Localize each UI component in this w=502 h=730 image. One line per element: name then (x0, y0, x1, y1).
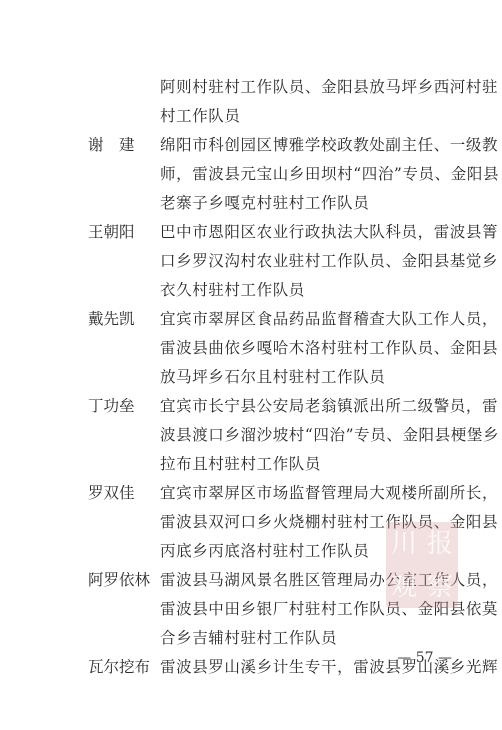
personnel-entry: 戴先凯 宜宾市翠屏区食品药品监督稽查大队工作人员， 雷波县曲依乡嘎哈木洛村驻村工… (88, 305, 468, 392)
text-line: 村工作队员 (160, 102, 498, 131)
text-line: 师，雷波县元宝山乡田坝村“四治”专员、金阳县 (160, 160, 499, 189)
page-number-text: — 57 — (397, 650, 452, 666)
entry-name: 谢 建 (88, 131, 160, 218)
entry-name: 罗双佳 (88, 479, 160, 566)
text-line: 老寨子乡嘎克村驻村工作队员 (160, 189, 499, 218)
text-line: 衣久村驻村工作队员 (160, 276, 498, 305)
text-line: 巴中市恩阳区农业行政执法大队科员，雷波县箐 (160, 218, 498, 247)
text-line: 口乡罗汉沟村农业驻村工作队员、金阳县基觉乡 (160, 247, 498, 276)
watermark-char: 川 (391, 531, 417, 557)
watermark-stamp-icon: 川 报 观 察 (386, 522, 458, 608)
entry-name: 丁功垒 (88, 392, 160, 479)
entry-description: 阿则村驻村工作队员、金阳县放马坪乡西河村驻 村工作队员 (160, 73, 498, 131)
entry-description: 巴中市恩阳区农业行政执法大队科员，雷波县箐 口乡罗汉沟村农业驻村工作队员、金阳县… (160, 218, 498, 305)
entry-name: 戴先凯 (88, 305, 160, 392)
text-line: 阿则村驻村工作队员、金阳县放马坪乡西河村驻 (160, 73, 498, 102)
entry-description: 宜宾市长宁县公安局老翁镇派出所二级警员，雷 波县渡口乡溜沙坡村“四治”专员、金阳… (160, 392, 499, 479)
text-line: 宜宾市翠屏区市场监督管理局大观楼所副所长， (160, 479, 498, 508)
text-line: 合乡吉辅村驻村工作队员 (160, 624, 498, 653)
text-line: 雷波县曲依乡嘎哈木洛村驻村工作队员、金阳县 (160, 334, 498, 363)
entry-name-blank (88, 73, 160, 131)
entry-description: 宜宾市翠屏区食品药品监督稽查大队工作人员， 雷波县曲依乡嘎哈木洛村驻村工作队员、… (160, 305, 498, 392)
text-line: 拉布且村驻村工作队员 (160, 450, 499, 479)
document-page: 阿则村驻村工作队员、金阳县放马坪乡西河村驻 村工作队员 谢 建 绵阳市科创园区博… (0, 0, 502, 730)
text-line: 宜宾市长宁县公安局老翁镇派出所二级警员，雷 (160, 392, 499, 421)
personnel-entry: 谢 建 绵阳市科创园区博雅学校政教处副主任、一级教 师，雷波县元宝山乡田坝村“四… (88, 131, 468, 218)
entry-name: 王朝阳 (88, 218, 160, 305)
text-line: 宜宾市翠屏区食品药品监督稽查大队工作人员， (160, 305, 498, 334)
text-line: 波县渡口乡溜沙坡村“四治”专员、金阳县梗堡乡 (160, 421, 499, 450)
text-line: 放马坪乡石尔且村驻村工作队员 (160, 363, 498, 392)
page-number: — 57 — (0, 650, 502, 666)
personnel-entry: 王朝阳 巴中市恩阳区农业行政执法大队科员，雷波县箐 口乡罗汉沟村农业驻村工作队员… (88, 218, 468, 305)
watermark-char: 报 (427, 531, 453, 557)
watermark-char: 察 (427, 574, 453, 600)
watermark-char: 观 (391, 574, 417, 600)
personnel-entry: 丁功垒 宜宾市长宁县公安局老翁镇派出所二级警员，雷 波县渡口乡溜沙坡村“四治”专… (88, 392, 468, 479)
entry-name: 阿罗依林 (88, 566, 160, 653)
text-line: 绵阳市科创园区博雅学校政教处副主任、一级教 (160, 131, 499, 160)
continuation-entry: 阿则村驻村工作队员、金阳县放马坪乡西河村驻 村工作队员 (88, 73, 468, 131)
entry-description: 绵阳市科创园区博雅学校政教处副主任、一级教 师，雷波县元宝山乡田坝村“四治”专员… (160, 131, 499, 218)
